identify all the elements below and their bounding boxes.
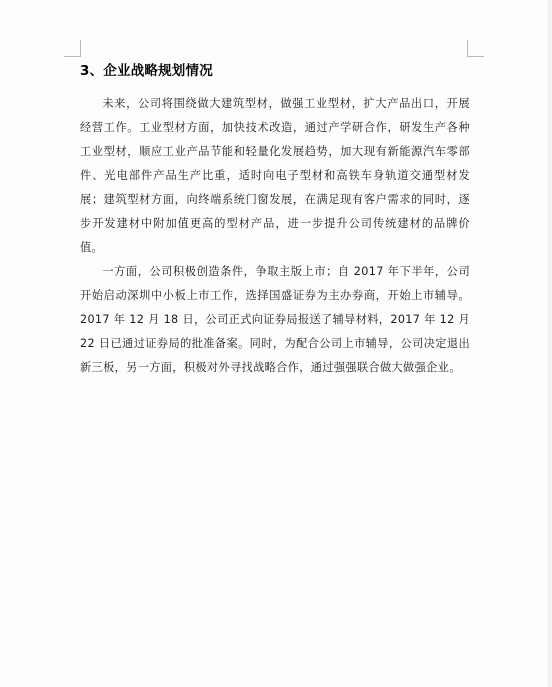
section-heading: 3、企业战略规划情况 [80,60,470,82]
top-right-margin-mark [467,40,484,57]
paragraph-listing: 一方面，公司积极创造条件，争取主版上市；自 2017 年下半年，公司开始启动深圳… [80,260,470,380]
document-page: 3、企业战略规划情况 未来，公司将围绕做大建筑型材，做强工业型材，扩大产品出口，… [0,0,548,687]
document-body[interactable]: 3、企业战略规划情况 未来，公司将围绕做大建筑型材，做强工业型材，扩大产品出口，… [80,60,470,380]
top-left-margin-mark [64,40,81,57]
paragraph-strategy: 未来，公司将围绕做大建筑型材，做强工业型材，扩大产品出口，开展经营工作。工业型材… [80,92,470,260]
page-edge-shadow [548,0,552,687]
